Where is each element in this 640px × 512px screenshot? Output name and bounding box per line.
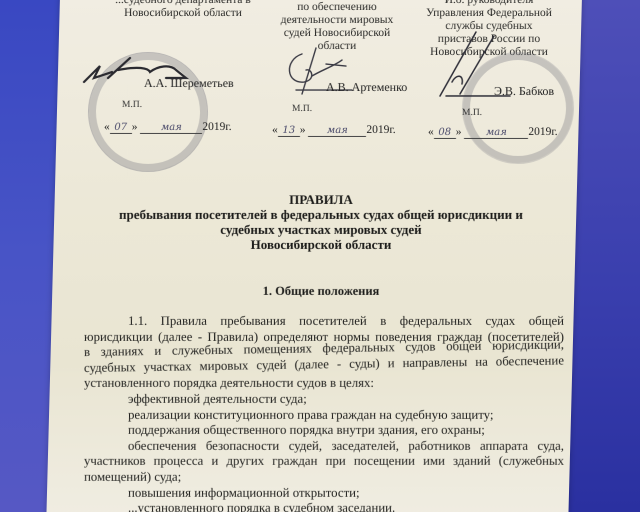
document-title: ПРАВИЛА [60,192,582,207]
date-month-2: мая [308,125,366,137]
goal-item-continuation: помещений) суда; [84,470,564,486]
signatory-line-2: А.В. Артеменко [326,80,407,95]
signatory-name-3: Э.В. Бабков [494,84,554,98]
goal-item: поддержания общественного порядка внутри… [84,423,564,439]
signatory-name-1: А.А. Шереметьев [144,76,234,90]
approval-block-1: ...судебного департамента в Новосибирско… [98,0,268,20]
signatory-line-3: Э.В. Бабков [494,84,554,99]
org-line: деятельности мировых [268,14,406,27]
date-day-2: 13 [278,125,300,137]
org-line: по обеспечению [268,1,406,14]
document-title-block: ПРАВИЛА пребывания посетителей в федерал… [60,192,582,252]
document-page: ...судебного департамента в Новосибирско… [46,0,582,512]
date-year-3: 2019г. [528,126,557,138]
org-line: судей Новосибирской [268,27,406,40]
paragraph-line: установленного порядка деятельности судо… [84,376,564,392]
date-day-3: 08 [434,127,456,139]
goal-item: эффективной деятельности суда; [84,392,564,408]
org-line: Управления Федеральной [414,7,564,20]
date-year-2: 2019г. [366,124,395,136]
goal-item: реализации конституционного права гражда… [84,408,564,424]
seal-place-label-1: М.П. [122,100,142,110]
approval-date-3: «08» мая2019г. [428,126,558,139]
seal-place-label-3: М.П. [462,108,482,118]
signatory-line-1: А.А. Шереметьев [144,76,234,91]
document-subtitle-line: пребывания посетителей в федеральных суд… [60,207,582,222]
section-heading: 1. Общие положения [60,284,582,299]
goal-item: ...установленного порядка в судебном зас… [84,501,564,512]
signatory-name-2: А.В. Артеменко [326,80,407,94]
paragraph-line: 1.1. Правила пребывания посетителей в фе… [84,314,564,330]
date-day-1: 07 [110,122,132,134]
date-month-3: мая [464,127,528,139]
approval-org-1: ...судебного департамента в Новосибирско… [98,0,268,20]
seal-place-label-2: М.П. [292,104,312,114]
approval-date-1: «07» мая2019г. [104,121,232,134]
paragraph-1-1: 1.1. Правила пребывания посетителей в фе… [84,314,564,392]
document-body: 1.1. Правила пребывания посетителей в фе… [84,314,564,512]
date-month-1: мая [140,122,202,134]
org-line: И.о. руководителя [414,0,564,7]
document-subtitle-line: Новосибирской области [60,237,582,252]
org-line: Новосибирской области [98,7,268,20]
org-line: ...судебного департамента в [98,0,268,7]
goal-item: обеспечения безопасности судей, заседате… [84,439,564,455]
document-subtitle-line: судебных участках мировых судей [60,222,582,237]
approval-date-2: «13» мая2019г. [272,124,396,137]
goal-item: повышения информационной открытости; [84,486,564,502]
goal-item-continuation: участников процесса и других граждан при… [84,454,564,470]
date-year-1: 2019г. [202,121,231,133]
